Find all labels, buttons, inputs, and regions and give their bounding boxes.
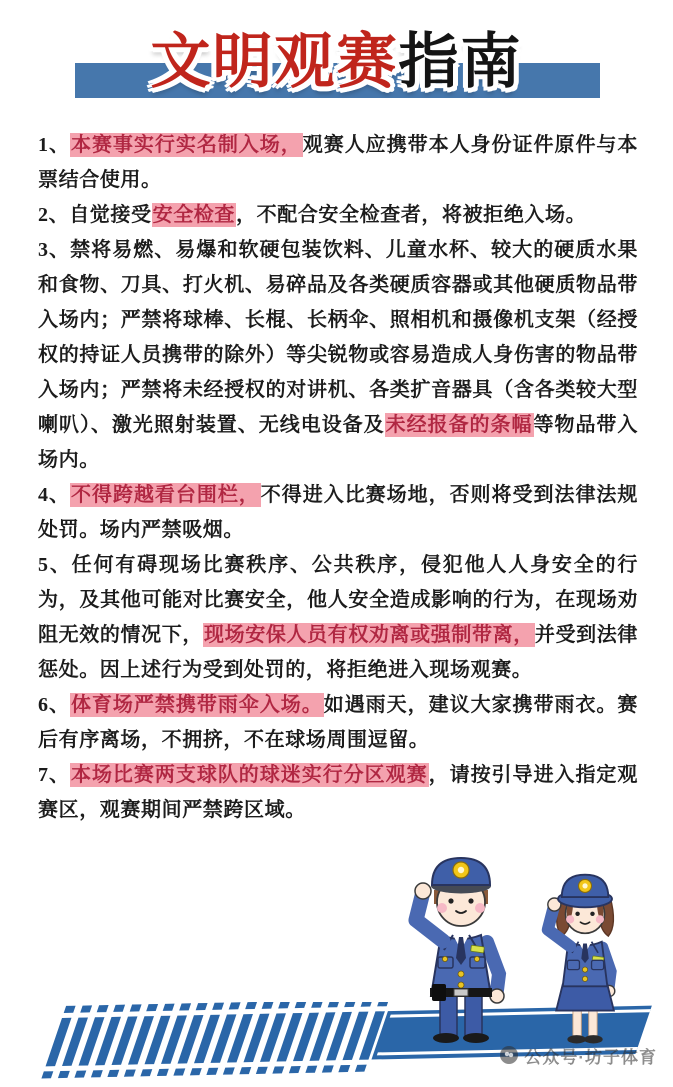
banner-stripe — [289, 1066, 301, 1073]
rule-highlighted-text: 现场安保人员有权劝离或强制带离， — [203, 623, 535, 647]
banner-stripe — [229, 1002, 241, 1009]
banner-stripe — [239, 1067, 251, 1074]
banner-stripe — [196, 1003, 208, 1010]
banner-stripe — [107, 1070, 119, 1077]
banner-stripe — [91, 1070, 103, 1077]
rule-number: 3、 — [38, 239, 70, 261]
saluting-police-officers-illustration — [383, 838, 668, 1048]
banner-stripe — [140, 1069, 152, 1076]
male-police-officer-illustration — [415, 858, 504, 1043]
banner-stripe — [278, 1002, 290, 1008]
page-title-highlight: 文明观赛 — [151, 28, 399, 95]
rule-text: 自觉接受 — [69, 204, 151, 226]
rule-item: 3、禁将易燃、易爆和软硬包装饮料、儿童水杯、较大的硬质水果和食物、刀具、打火机、… — [38, 233, 638, 478]
banner-stripe — [64, 1006, 76, 1013]
banner-stripe — [74, 1071, 86, 1078]
banner-stripe — [272, 1066, 284, 1073]
banner-stripe — [322, 1065, 334, 1072]
banner-stripe — [173, 1068, 185, 1075]
banner-stripe — [311, 1002, 323, 1008]
banner-stripe — [212, 1003, 224, 1010]
rule-highlighted-text: 安全检查 — [152, 203, 236, 227]
female-police-officer-illustration — [548, 875, 615, 1044]
banner-stripe — [157, 1069, 169, 1076]
rule-highlighted-text: 体育场严禁携带雨伞入场。 — [70, 693, 324, 717]
rule-item: 4、不得跨越看台围栏，不得进入比赛场地，否则将受到法律法规处罚。场内严禁吸烟。 — [38, 478, 638, 548]
banner-stripe — [41, 1071, 53, 1078]
rule-highlighted-text: 本场比赛两支球队的球迷实行分区观赛 — [70, 763, 429, 787]
banner-stripe — [256, 1067, 268, 1074]
rule-item: 5、任何有碍现场比赛秩序、公共秩序，侵犯他人人身安全的行为，及其他可能对比赛安全… — [38, 548, 638, 688]
banner-stripe — [58, 1071, 70, 1078]
watermark: 公众号·坊子体育 — [500, 1044, 657, 1066]
wechat-official-account-logo-icon — [500, 1046, 518, 1064]
rule-text: 禁将易燃、易爆和软硬包装饮料、儿童水杯、较大的硬质水果和食物、刀具、打火机、易碎… — [38, 239, 638, 436]
banner-stripe — [124, 1069, 136, 1076]
rule-highlighted-text: 本赛事实行实名制入场， — [70, 133, 303, 157]
banner-stripe — [355, 1065, 367, 1072]
rule-item: 1、本赛事实行实名制入场，观赛人应携带本人身份证件原件与本票结合使用。 — [38, 128, 638, 198]
banner-stripe — [146, 1004, 158, 1011]
page-title-rest: 指南 — [399, 28, 523, 95]
rules-list: 1、本赛事实行实名制入场，观赛人应携带本人身份证件原件与本票结合使用。2、自觉接… — [38, 128, 638, 828]
banner-stripe — [262, 1002, 274, 1009]
banner-stripe — [245, 1002, 257, 1009]
rule-highlighted-text: 不得跨越看台围栏， — [70, 483, 261, 507]
rule-item: 2、自觉接受安全检查，不配合安全检查者，将被拒绝入场。 — [38, 198, 638, 233]
rule-number: 1、 — [38, 134, 70, 156]
banner-stripe — [344, 1002, 356, 1007]
banner-stripe — [295, 1002, 307, 1008]
rule-number: 7、 — [38, 764, 70, 786]
banner-stripe — [130, 1004, 142, 1011]
banner-stripe — [361, 1002, 373, 1007]
watermark-text: 公众号·坊子体育 — [524, 1043, 657, 1068]
rule-item: 7、本场比赛两支球队的球迷实行分区观赛，请按引导进入指定观赛区，观赛期间严禁跨区… — [38, 758, 638, 828]
rule-number: 4、 — [38, 484, 70, 506]
page-title: 文明观赛指南 — [0, 26, 673, 98]
rule-highlighted-text: 未经报备的条幅 — [385, 413, 534, 437]
banner-stripe — [328, 1002, 340, 1007]
banner-stripe — [190, 1068, 202, 1075]
banner-stripe — [223, 1067, 235, 1074]
rule-number: 2、 — [38, 204, 69, 226]
banner-stripe — [179, 1003, 191, 1010]
banner-stripe — [338, 1065, 350, 1072]
banner-stripe — [97, 1005, 109, 1012]
civilized-viewing-guide-poster: 文明观赛指南 1、本赛事实行实名制入场，观赛人应携带本人身份证件原件与本票结合使… — [0, 0, 673, 1087]
banner-stripe — [80, 1005, 92, 1012]
banner-stripe — [305, 1066, 317, 1073]
banner-stripe — [113, 1005, 125, 1012]
banner-stripe — [206, 1068, 218, 1075]
rule-text: ，不配合安全检查者，将被拒绝入场。 — [236, 204, 586, 226]
rule-item: 6、体育场严禁携带雨伞入场。如遇雨天，建议大家携带雨衣。赛后有序离场，不拥挤，不… — [38, 688, 638, 758]
rule-number: 5、 — [38, 554, 72, 576]
rule-number: 6、 — [38, 694, 70, 716]
banner-stripe — [163, 1004, 175, 1011]
